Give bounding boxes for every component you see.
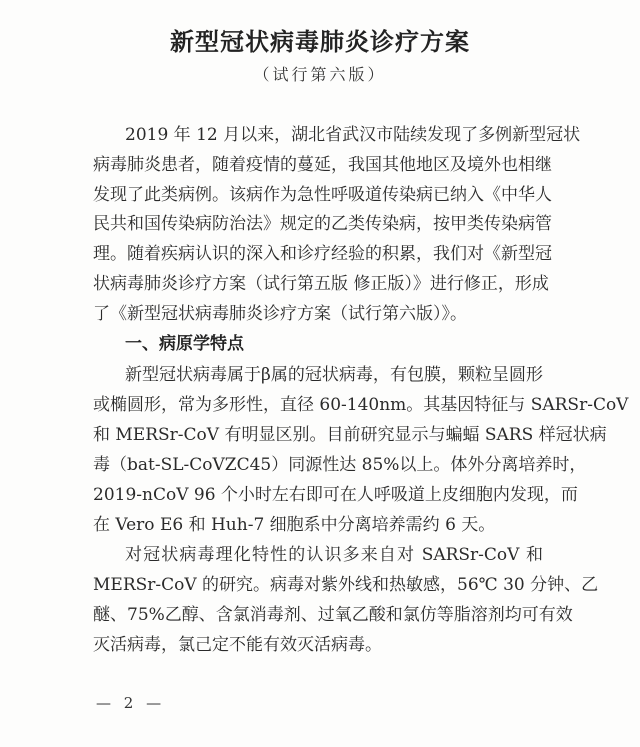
intro-line: 了《新型冠状病毒肺炎诊疗方案（试行第六版）》。	[93, 303, 543, 325]
document-title: 新型冠状病毒肺炎诊疗方案	[0, 22, 640, 57]
paragraph-line: MERSr-CoV 的研究。病毒对紫外线和热敏感，56℃ 30 分钟、乙	[93, 574, 543, 596]
paragraph-line: 新型冠状病毒属于β属的冠状病毒，有包膜，颗粒呈圆形	[125, 364, 543, 386]
paragraph-line: 和 MERSr-CoV 有明显区别。目前研究显示与蝙蝠 SARS 样冠状病	[93, 424, 543, 446]
intro-line: 民共和国传染病防治法》规定的乙类传染病，按甲类传染病管	[93, 213, 543, 235]
paragraph-line: 灭活病毒，氯己定不能有效灭活病毒。	[93, 634, 543, 656]
paragraph-line: 在 Vero E6 和 Huh-7 细胞系中分离培养需约 6 天。	[93, 514, 543, 536]
paragraph-line: 2019-nCoV 96 个小时左右即可在人呼吸道上皮细胞内发现，而	[93, 484, 543, 506]
intro-line: 病毒肺炎患者，随着疫情的蔓延，我国其他地区及境外也相继	[93, 154, 543, 176]
intro-line: 发现了此类病例。该病作为急性呼吸道传染病已纳入《中华人	[93, 184, 543, 206]
section-heading: 一、病原学特点	[125, 333, 244, 355]
paragraph-line: 或椭圆形，常为多形性，直径 60-140nm。其基因特征与 SARSr-CoV	[93, 394, 543, 416]
page-number: — 2 —	[96, 694, 165, 712]
intro-line: 2019 年 12 月以来，湖北省武汉市陆续发现了多例新型冠状	[125, 124, 543, 146]
paragraph-line: 毒（bat-SL-CoVZC45）同源性达 85%以上。体外分离培养时，	[93, 454, 543, 476]
intro-line: 状病毒肺炎诊疗方案（试行第五版 修正版）》进行修正，形成	[93, 273, 543, 295]
paragraph-line: 对冠状病毒理化特性的认识多来自对 SARSr-CoV 和	[125, 544, 543, 566]
paragraph-line: 醚、75%乙醇、含氯消毒剂、过氧乙酸和氯仿等脂溶剂均可有效	[93, 604, 543, 626]
intro-line: 理。随着疾病认识的深入和诊疗经验的积累，我们对《新型冠	[93, 243, 543, 265]
document-subtitle: （试行第六版）	[0, 62, 640, 85]
